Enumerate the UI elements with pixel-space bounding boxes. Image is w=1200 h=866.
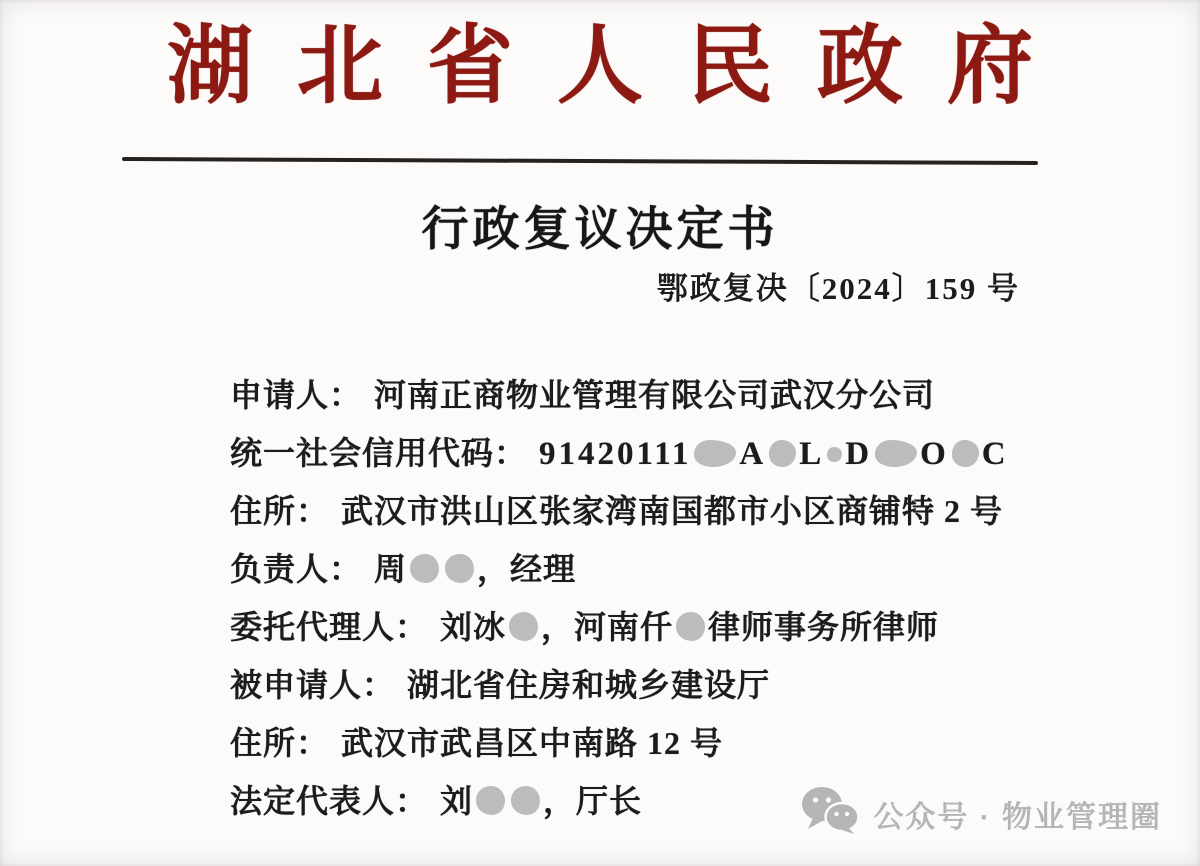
field-value: 武汉市洪山区张家湾南国都市小区商铺特 2 号 (341, 493, 1003, 529)
field-label: 住所： (230, 493, 329, 529)
field-value: 湖北省住房和城乡建设厅 (407, 667, 770, 703)
field-address: 住所：武汉市洪山区张家湾南国都市小区商铺特 2 号 (230, 482, 1140, 540)
field-value: 周 (374, 551, 407, 587)
document-body: 申请人：河南正商物业管理有限公司武汉分公司 统一社会信用代码：91420111A… (230, 366, 1140, 830)
wechat-icon (801, 786, 859, 842)
redaction-blob (875, 440, 917, 467)
field-respondent: 被申请人：湖北省住房和城乡建设厅 (230, 656, 1140, 714)
header-divider (122, 157, 1038, 165)
document-page: 湖北省人民政府 行政复议决定书 鄂政复决〔2024〕159 号 申请人：河南正商… (0, 0, 1200, 866)
redaction-blob (694, 440, 736, 467)
field-value: ，厅长 (543, 783, 642, 819)
field-credit-code: 统一社会信用代码：91420111ALDOC (230, 424, 1140, 482)
watermark: 公众号 · 物业管理圈 (801, 786, 1162, 842)
document-title: 行政复议决定书 (0, 192, 1200, 259)
field-value: 刘 (440, 783, 473, 819)
field-value: 河南正商物业管理有限公司武汉分公司 (374, 377, 935, 413)
field-applicant: 申请人：河南正商物业管理有限公司武汉分公司 (230, 366, 1140, 424)
redaction-blob (445, 554, 474, 583)
document-number: 鄂政复决〔2024〕159 号 (0, 263, 1200, 308)
redaction-blob (827, 447, 842, 462)
credit-code-prefix: 91420111 (539, 436, 691, 472)
field-address-2: 住所：武汉市武昌区中南路 12 号 (230, 714, 1140, 772)
redaction-blob (476, 786, 505, 815)
redaction-blob (952, 440, 979, 467)
redaction-blob (509, 612, 538, 641)
redaction-blob (769, 440, 796, 467)
field-label: 被申请人： (230, 667, 395, 703)
credit-code-letter: A (739, 436, 766, 472)
watermark-text: 公众号 · 物业管理圈 (873, 792, 1162, 836)
field-label: 法定代表人： (230, 783, 428, 819)
field-value: ，河南仟 (541, 609, 673, 645)
government-header-title: 湖北省人民政府 (0, 12, 1200, 120)
field-label: 委托代理人： (230, 609, 428, 645)
credit-code-letter: D (845, 436, 872, 472)
field-label: 住所： (230, 725, 329, 761)
credit-code-letter: L (799, 436, 824, 472)
field-value: 律师事务所律师 (708, 609, 939, 645)
field-label: 统一社会信用代码： (230, 435, 527, 471)
field-value: ，经理 (477, 551, 576, 587)
field-label: 负责人： (230, 551, 362, 587)
field-principal: 负责人：周，经理 (230, 540, 1140, 598)
redaction-blob (676, 612, 705, 641)
field-label: 申请人： (230, 377, 362, 413)
redaction-blob (410, 554, 439, 583)
field-value: 武汉市武昌区中南路 12 号 (341, 725, 723, 761)
field-value: 刘冰 (440, 609, 506, 645)
redaction-blob (511, 786, 540, 815)
field-agent: 委托代理人：刘冰，河南仟律师事务所律师 (230, 598, 1140, 656)
credit-code-letter: O (920, 436, 949, 472)
credit-code-letter: C (982, 436, 1009, 472)
